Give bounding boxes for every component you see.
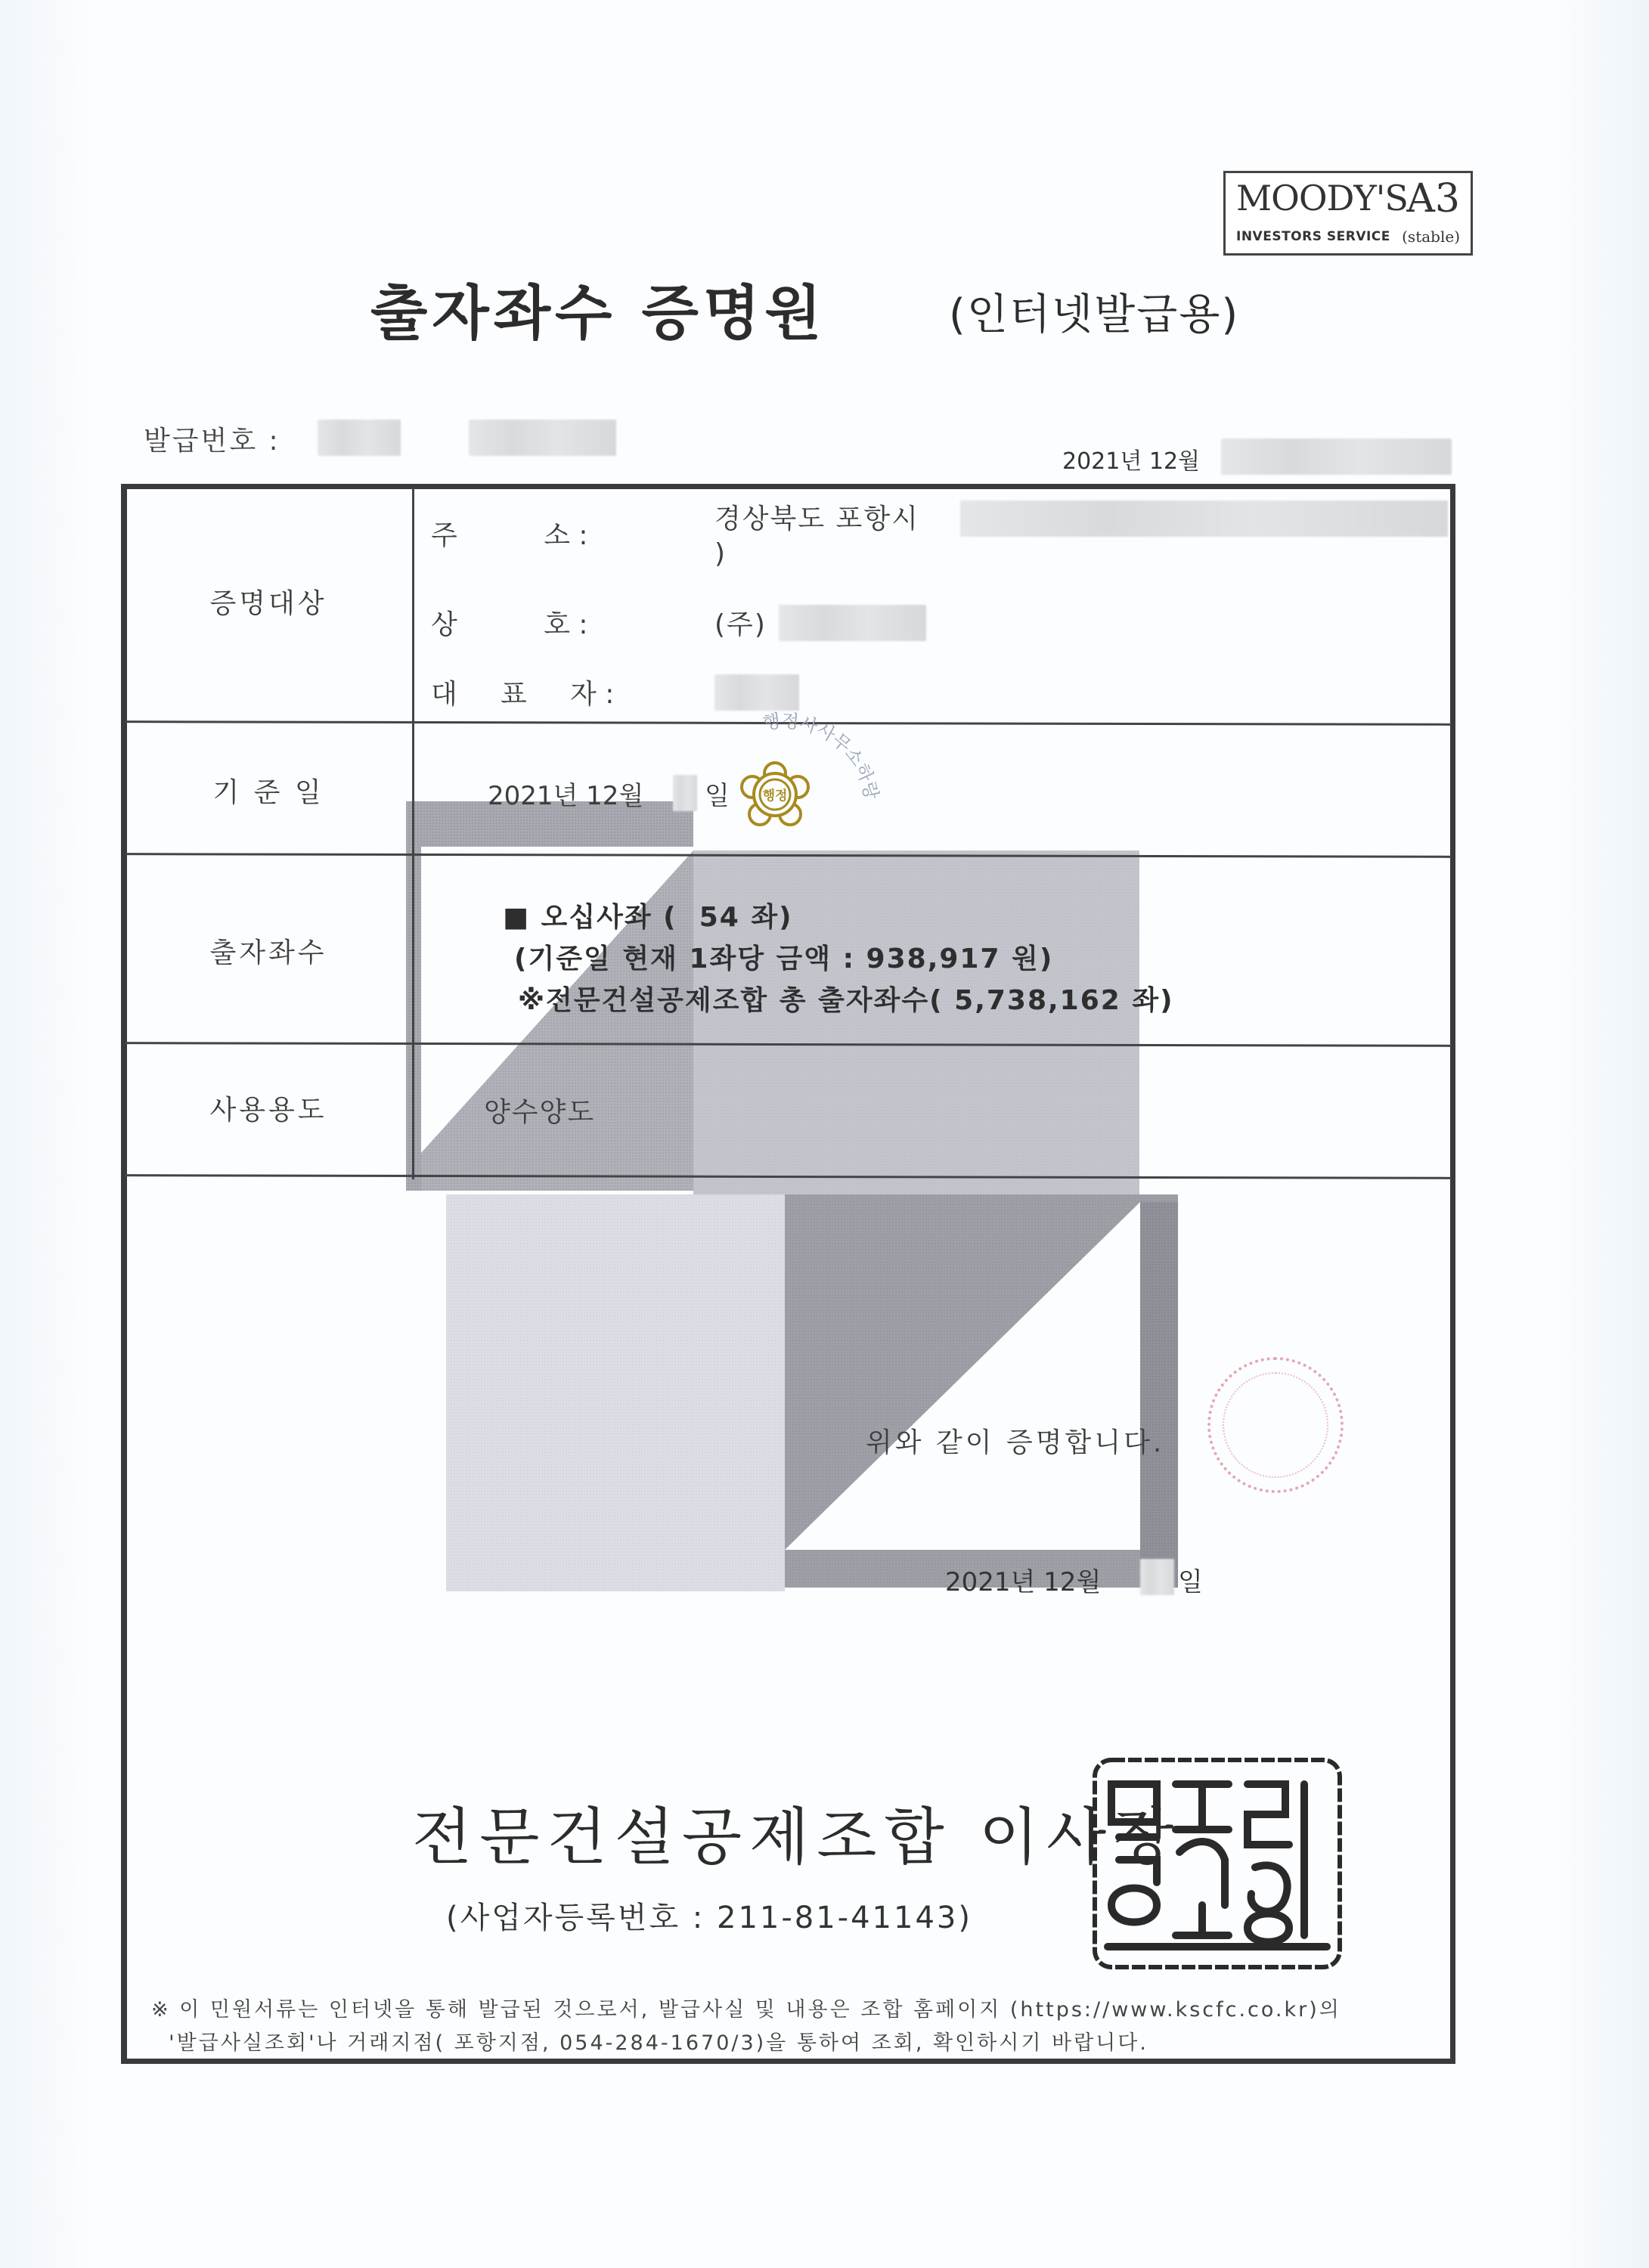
address-value: 경상북도 포항시 <box>714 497 919 536</box>
shares-count-line: ■ 오십사좌 ( 54 좌) <box>503 896 793 934</box>
notice-line-2: '발급사실조회'나 거래지점( 포항지점, 054-284-1670/3)을 통… <box>151 2031 1148 2055</box>
issuer-name: 전문건설공제조합 이사장 <box>412 1788 1181 1876</box>
issuance-notice: ※ 이 민원서류는 인터넷을 통해 발급된 것으로서, 발급사실 및 내용은 조… <box>151 1994 1341 2060</box>
red-official-seal-icon <box>1207 1357 1344 1493</box>
base-date-suffix: 일 <box>705 775 731 812</box>
company-value: (주) <box>714 603 767 642</box>
address-key: 주 소 : <box>431 514 588 553</box>
notice-line-1: ※ 이 민원서류는 인터넷을 통해 발급된 것으로서, 발급사실 및 내용은 조… <box>151 1998 1341 2022</box>
representative-key: 대 표 자 : <box>431 673 614 711</box>
address-continued: ) <box>714 538 727 569</box>
document-page: MOODY'S A3 INVESTORS SERVICE (stable) 출자… <box>0 0 1649 2268</box>
share-price-line: (기준일 현재 1좌당 금액 : 938,917 원) <box>514 937 1053 976</box>
total-shares-line: ※전문건설공제조합 총 출자좌수( 5,738,162 좌) <box>518 979 1174 1018</box>
row-label-shares: 출자좌수 <box>125 931 412 970</box>
svg-text:행정사사무소하랑: 행정사사무소하랑 <box>761 710 882 801</box>
chairman-square-seal-icon <box>1089 1754 1346 1973</box>
company-redacted <box>779 605 926 641</box>
business-registration-number: (사업자등록번호 : 211-81-41143) <box>446 1894 972 1937</box>
table-column-divider <box>412 488 414 1179</box>
row-label-subject: 증명대상 <box>125 582 412 621</box>
certification-date-suffix: 일 <box>1178 1561 1203 1598</box>
address-redacted <box>960 500 1448 537</box>
usage-value: 양수양도 <box>484 1091 595 1129</box>
representative-redacted <box>714 674 799 711</box>
row-label-usage: 사용용도 <box>125 1089 412 1127</box>
row-label-base-date: 기 준 일 <box>125 771 412 810</box>
certification-date: 2021년 12월 <box>945 1561 1101 1598</box>
certification-day-redacted <box>1140 1559 1174 1595</box>
company-key: 상 호 : <box>431 603 588 642</box>
base-date-value: 2021년 12월 <box>488 775 643 812</box>
admin-seal-arc-text: 행정사사무소하랑 <box>752 707 888 843</box>
certification-statement: 위와 같이 증명합니다. <box>866 1421 1164 1460</box>
base-date-day-redacted <box>673 775 697 811</box>
